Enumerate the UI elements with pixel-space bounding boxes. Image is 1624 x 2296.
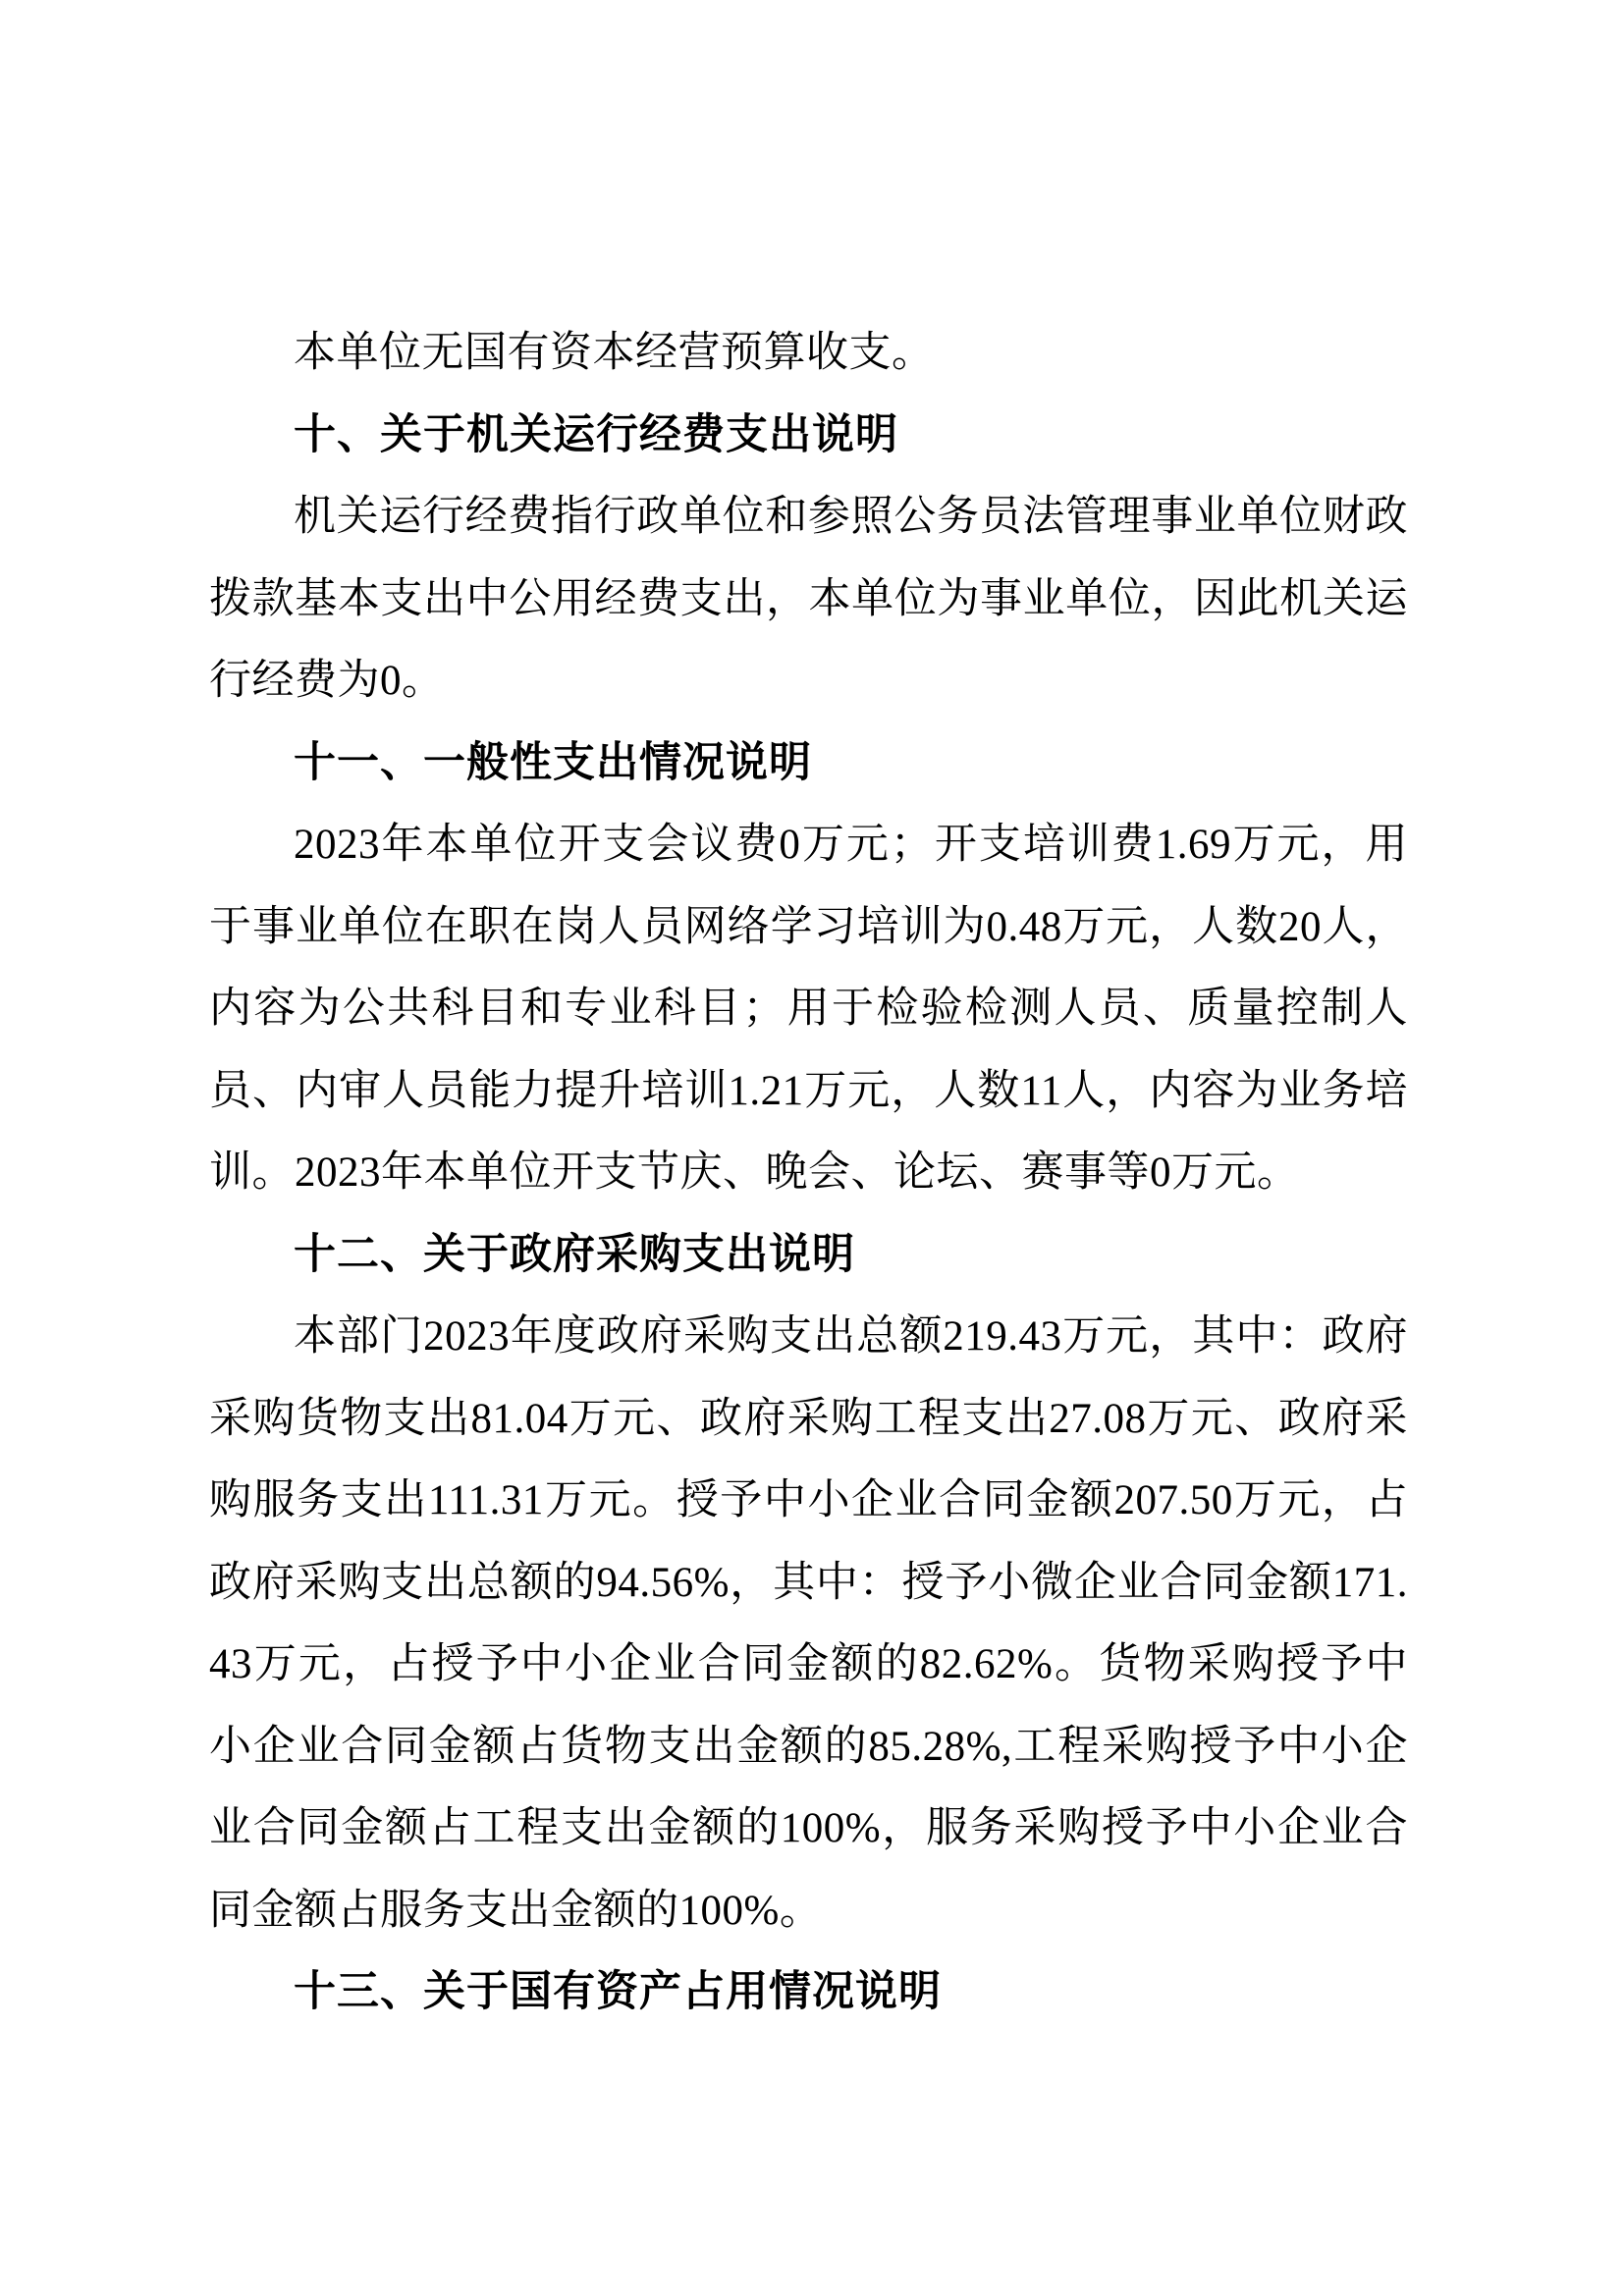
- heading-section-11-general-expenditure: 十一、一般性支出情况说明: [209, 722, 1408, 805]
- heading-section-12-government-procurement: 十二、关于政府采购支出说明: [209, 1214, 1408, 1297]
- paragraph-no-state-capital-budget: 本单位无国有资本经营预算收支。: [209, 312, 1408, 395]
- heading-section-13-state-asset-occupancy: 十三、关于国有资产占用情况说明: [209, 1951, 1408, 2034]
- document-page: 本单位无国有资本经营预算收支。 十、关于机关运行经费支出说明 机关运行经费指行政…: [0, 0, 1624, 2296]
- paragraph-government-procurement-details: 本部门2023年度政府采购支出总额219.43万元，其中：政府采购货物支出81.…: [209, 1296, 1408, 1951]
- paragraph-agency-operating-funds-explanation: 机关运行经费指行政单位和参照公务员法管理事业单位财政拨款基本支出中公用经费支出，…: [209, 476, 1408, 722]
- paragraph-general-expenditure-details: 2023年本单位开支会议费0万元；开支培训费1.69万元，用于事业单位在职在岗人…: [209, 804, 1408, 1214]
- heading-section-10-agency-operating-funds: 十、关于机关运行经费支出说明: [209, 395, 1408, 477]
